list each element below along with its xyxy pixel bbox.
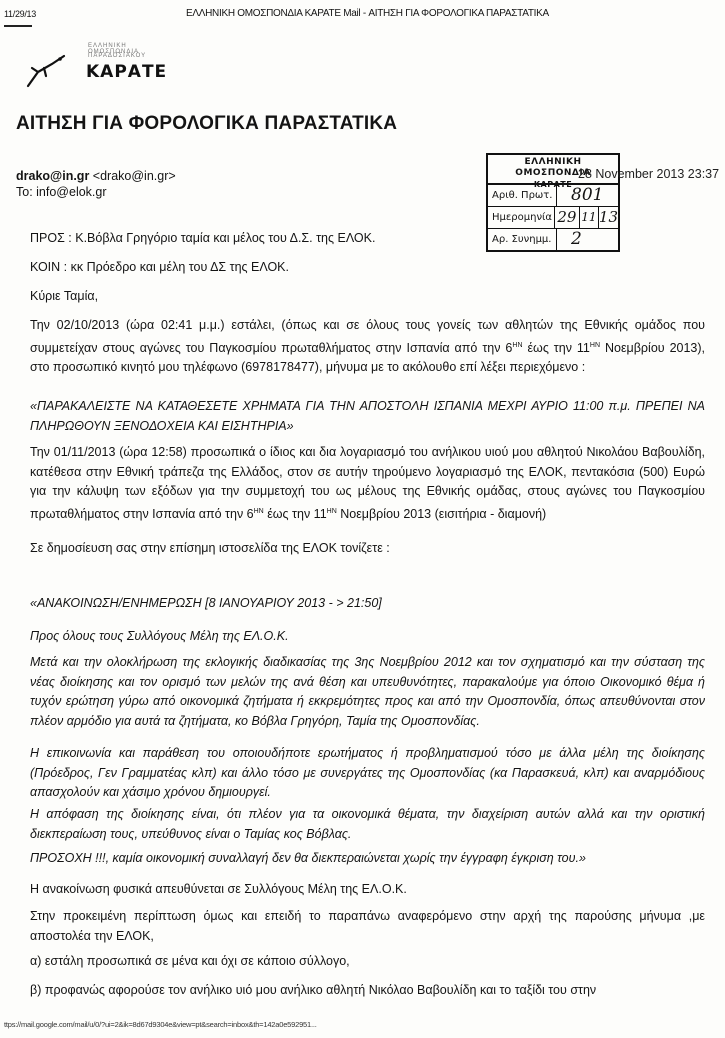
printed-email-page: 11/29/13 ΕΛΛΗΝΙΚΗ ΟΜΟΣΠΟΝΔΙΑ ΚΑΡΑΤΕ Mail… — [0, 0, 725, 1038]
sender-name: drako@in.gr — [16, 169, 89, 183]
announcement-title: «ΑΝΑΚΟΙΝΩΣΗ/ΕΝΗΜΕΡΩΣΗ [8 ΙΑΝΟΥΑΡΙΟΥ 2013… — [30, 594, 705, 614]
paragraph-note: Η ανακοίνωση φυσικά απευθύνεται σε Συλλό… — [30, 880, 705, 900]
announcement-paragraph-1: Μετά και την ολοκλήρωση της εκλογικής δι… — [30, 653, 705, 731]
logo-line-2: ΠΑΡΑΔΟΣΙΑΚΟΥ — [88, 53, 146, 59]
header-rule — [4, 25, 32, 27]
paragraph-case: Στην προκειμένη περίπτωση όμως και επειδ… — [30, 907, 705, 946]
email-sent-time: 28 November 2013 23:37 — [578, 167, 719, 181]
sms-quote: «ΠΑΡΑΚΑΛΕΙΣΤΕ ΝΑ ΚΑΤΑΘΕΣΕΤΕ ΧΡΗΜΑΤΑ ΓΙΑ … — [30, 397, 705, 436]
paragraph-sms-sent: Την 02/10/2013 (ώρα 02:41 μ.μ.) εστάλει,… — [30, 316, 705, 378]
greeting: Κύριε Ταμία, — [30, 287, 705, 307]
email-subject: ΑΙΤΗΣΗ ΓΙΑ ΦΟΡΟΛΟΓΙΚΑ ΠΑΡΑΣΤΑΤΙΚΑ — [16, 113, 397, 135]
email-from: drako@in.gr <drako@in.gr> — [16, 169, 176, 183]
logo-brand: ΚΑΡΑΤΕ — [86, 62, 167, 82]
print-header-title: ΕΛΛΗΝΙΚΗ ΟΜΟΣΠΟΝΔΙΑ ΚΑΡΑΤΕ Mail - ΑΙΤΗΣΗ… — [186, 8, 549, 19]
sender-address: <drako@in.gr> — [93, 169, 176, 183]
paragraph-deposit: Την 01/11/2013 (ώρα 12:58) προσωπικά ο ί… — [30, 443, 705, 524]
paragraph-publication: Σε δημοσίευση σας στην επίσημη ιστοσελίδ… — [30, 539, 705, 559]
print-footer-url: ttps://mail.google.com/mail/u/0/?ui=2&ik… — [4, 1020, 317, 1029]
federation-logo: ΕΛΛΗΝΙΚΗ ΟΜΟΣΠΟΝΔΙΑ ΠΑΡΑΔΟΣΙΑΚΟΥ ΚΑΡΑΤΕ — [22, 40, 172, 90]
point-b: β) προφανώς αφορούσε τον ανήλικο υιό μου… — [30, 981, 705, 1001]
print-date: 11/29/13 — [4, 9, 36, 19]
recipient-line: ΠΡΟΣ : Κ.Βόβλα Γρηγόριο ταμία και μέλος … — [30, 229, 705, 249]
karate-figure-icon — [24, 50, 70, 90]
announcement-paragraph-2: Η επικοινωνία και παράθεση του οποιουδήπ… — [30, 744, 705, 803]
email-to: To: info@elok.gr — [16, 185, 107, 199]
announcement-recipients: Προς όλους τους Συλλόγους Μέλη της ΕΛ.Ο.… — [30, 627, 705, 647]
stamp-row-date: Ημερομηνία 29 11 13 — [488, 207, 618, 229]
stamp-row-protocol-number: Αριθ. Πρωτ. 801 — [488, 185, 618, 207]
cc-line: ΚΟΙΝ : κκ Πρόεδρο και μέλη του ΔΣ της ΕΛ… — [30, 258, 705, 278]
announcement-warning: ΠΡΟΣΟΧΗ !!!, καμία οικονομική συναλλαγή … — [30, 849, 705, 869]
point-a: α) εστάλη προσωπικά σε μένα και όχι σε κ… — [30, 952, 705, 972]
announcement-paragraph-3: Η απόφαση της διοίκησης είναι, ότι πλέον… — [30, 805, 705, 844]
